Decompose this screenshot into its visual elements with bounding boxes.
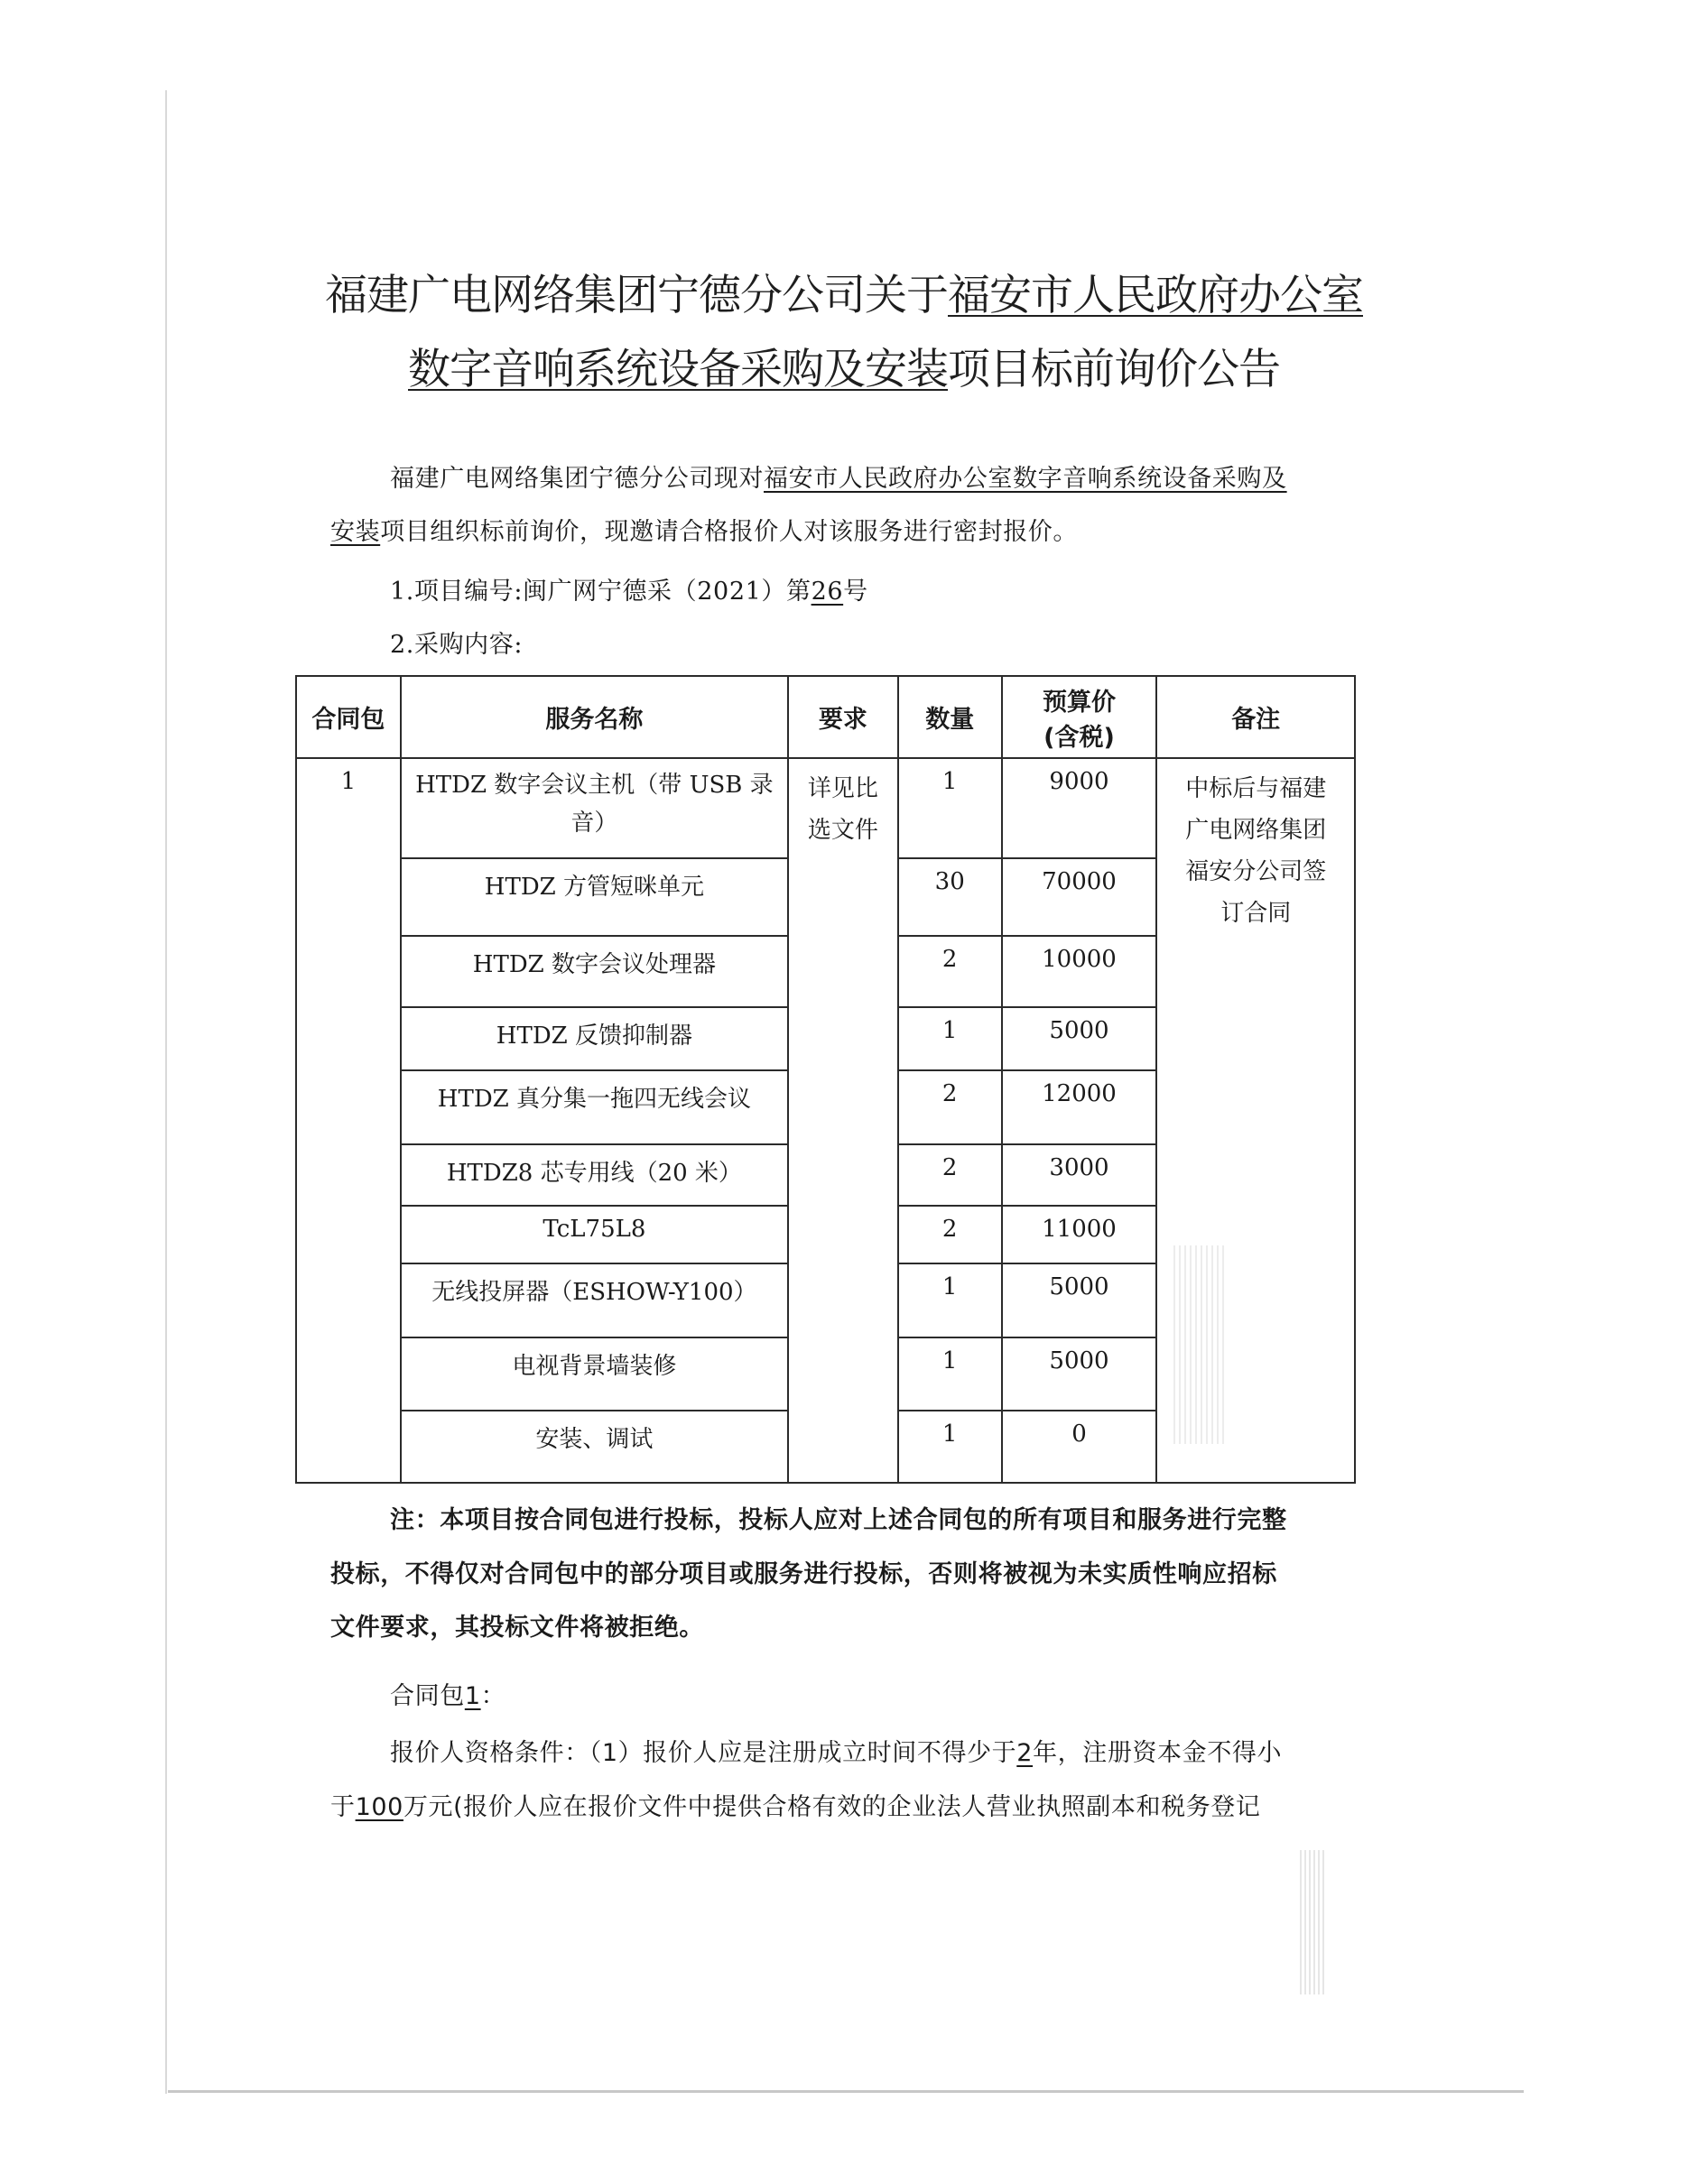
qualification-text: 于 <box>330 1793 356 1821</box>
document-title-line-1: 福建广电网络集团宁德分公司关于福安市人民政府办公室 <box>298 262 1390 322</box>
price-cell: 3000 <box>1002 1144 1157 1206</box>
procurement-table: 合同包 服务名称 要求 数量 预算价 (含税) 备注 1 HTDZ 数字会议主机… <box>295 675 1356 1484</box>
remarks-text: 福安分公司签 <box>1161 851 1350 893</box>
title-plain: 福建广电网络集团宁德分公司关于 <box>325 271 948 320</box>
price-cell: 5000 <box>1002 1007 1157 1070</box>
title-underlined: 数字音响系统设备采购及安装 <box>408 345 948 394</box>
remarks-text: 订合同 <box>1161 893 1350 934</box>
package-label: 合同包 <box>390 1682 465 1710</box>
remarks-cell: 中标后与福建 广电网络集团 福安分公司签 订合同 <box>1156 758 1355 1483</box>
project-number-value: 26 <box>812 578 844 606</box>
min-capital-value: 100 <box>356 1793 403 1821</box>
header-budget-line1: 预算价 <box>1003 682 1156 717</box>
intro-line-1: 福建广电网络集团宁德分公司现对福安市人民政府办公室数字音响系统设备采购及 <box>390 458 1437 494</box>
package-heading: 合同包1： <box>390 1676 1437 1711</box>
requirement-text: 选文件 <box>793 810 894 851</box>
quantity-cell: 2 <box>898 1070 1002 1144</box>
note-line-2: 投标，不得仅对合同包中的部分项目或服务进行投标，否则将被视为未实质性响应招标 <box>330 1554 1377 1589</box>
header-service-name: 服务名称 <box>401 676 788 758</box>
header-quantity: 数量 <box>898 676 1002 758</box>
intro-line-2: 安装项目组织标前询价，现邀请合格报价人对该服务进行密封报价。 <box>330 512 1377 547</box>
quantity-cell: 2 <box>898 1144 1002 1206</box>
price-cell: 70000 <box>1002 858 1157 936</box>
quantity-cell: 1 <box>898 1337 1002 1411</box>
quantity-cell: 30 <box>898 858 1002 936</box>
qualification-text: 万元(报价人应在报价文件中提供合格有效的企业法人营业执照副本和税务登记 <box>403 1793 1261 1821</box>
intro-text: 项目组织标前询价，现邀请合格报价人对该服务进行密封报价。 <box>380 518 1078 546</box>
price-cell: 11000 <box>1002 1206 1157 1263</box>
project-name-underlined: 安装 <box>330 518 380 546</box>
project-number-label: 1.项目编号:闽广网宁德采（2021）第 <box>390 578 812 606</box>
project-name-underlined: 福安市人民政府办公室数字音响系统设备采购及 <box>764 465 1287 493</box>
price-cell: 9000 <box>1002 758 1157 858</box>
price-cell: 5000 <box>1002 1263 1157 1337</box>
title-underlined: 福安市人民政府办公室 <box>948 271 1363 320</box>
qualification-text: 年，注册资本金不得小 <box>1033 1739 1282 1767</box>
requirement-text: 详见比 <box>793 768 894 810</box>
quantity-cell: 1 <box>898 758 1002 858</box>
quantity-cell: 2 <box>898 1206 1002 1263</box>
project-number-suffix: 号 <box>843 578 868 606</box>
header-remarks: 备注 <box>1156 676 1355 758</box>
header-package: 合同包 <box>296 676 401 758</box>
qualification-line-1: 报价人资格条件：（1）报价人应是注册成立时间不得少于2年，注册资本金不得小 <box>390 1733 1437 1768</box>
price-cell: 5000 <box>1002 1337 1157 1411</box>
page-edge-left <box>165 90 167 2094</box>
service-name-cell: HTDZ 反馈抑制器 <box>401 1007 788 1070</box>
qualification-text: 报价人资格条件：（1）报价人应是注册成立时间不得少于 <box>390 1739 1016 1767</box>
remarks-text: 中标后与福建 <box>1161 768 1350 810</box>
service-name-cell: 无线投屏器（ESHOW-Y100） <box>401 1263 788 1337</box>
quantity-cell: 1 <box>898 1411 1002 1483</box>
service-name-cell: HTDZ 数字会议主机（带 USB 录音） <box>401 758 788 858</box>
note-line-3: 文件要求，其投标文件将被拒绝。 <box>330 1607 1377 1643</box>
header-budget: 预算价 (含税) <box>1002 676 1157 758</box>
min-years-value: 2 <box>1016 1739 1033 1767</box>
quantity-cell: 1 <box>898 1007 1002 1070</box>
service-name-cell: TcL75L8 <box>401 1206 788 1263</box>
note-line-1: 注：本项目按合同包进行投标，投标人应对上述合同包的所有项目和服务进行完整 <box>390 1500 1437 1535</box>
qualification-line-2: 于100万元(报价人应在报价文件中提供合格有效的企业法人营业执照副本和税务登记 <box>330 1787 1377 1822</box>
remarks-text: 广电网络集团 <box>1161 810 1350 851</box>
intro-text: 福建广电网络集团宁德分公司现对 <box>390 465 764 493</box>
package-colon: ： <box>481 1682 506 1710</box>
service-name-cell: HTDZ 方管短咪单元 <box>401 858 788 936</box>
table-header-row: 合同包 服务名称 要求 数量 预算价 (含税) 备注 <box>296 676 1355 758</box>
service-name-cell: HTDZ 真分集一拖四无线会议 <box>401 1070 788 1144</box>
scan-artifact <box>1300 1850 1327 1994</box>
price-cell: 0 <box>1002 1411 1157 1483</box>
service-name-cell: HTDZ 数字会议处理器 <box>401 936 788 1007</box>
requirement-cell: 详见比 选文件 <box>788 758 898 1483</box>
table-row: 1 HTDZ 数字会议主机（带 USB 录音） 详见比 选文件 1 9000 中… <box>296 758 1355 858</box>
package-number: 1 <box>465 1682 481 1710</box>
title-plain: 项目标前询价公告 <box>948 345 1280 394</box>
procurement-content-label: 2.采购内容: <box>390 625 1437 660</box>
service-name-cell: 安装、调试 <box>401 1411 788 1483</box>
service-name-cell: 电视背景墙装修 <box>401 1337 788 1411</box>
service-name-cell: HTDZ8 芯专用线（20 米） <box>401 1144 788 1206</box>
header-budget-line2: (含税) <box>1003 717 1156 753</box>
page-edge-bottom <box>168 2090 1524 2093</box>
price-cell: 10000 <box>1002 936 1157 1007</box>
quantity-cell: 1 <box>898 1263 1002 1337</box>
price-cell: 12000 <box>1002 1070 1157 1144</box>
project-number-line: 1.项目编号:闽广网宁德采（2021）第26号 <box>390 571 1437 606</box>
document-title-line-2: 数字音响系统设备采购及安装项目标前询价公告 <box>298 336 1390 396</box>
header-requirement: 要求 <box>788 676 898 758</box>
quantity-cell: 2 <box>898 936 1002 1007</box>
package-number-cell: 1 <box>296 758 401 1483</box>
